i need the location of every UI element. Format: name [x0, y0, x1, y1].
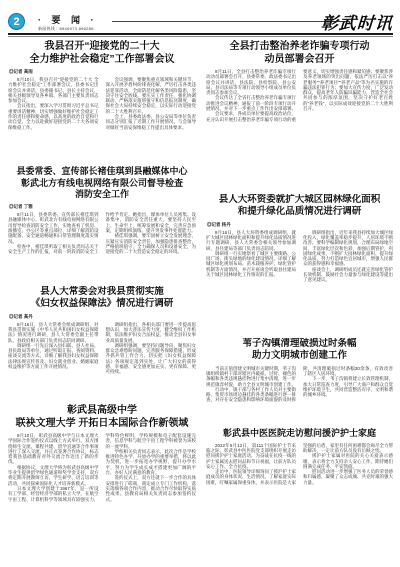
article-fire-safety-inspection: 县委常委、宣传部长褚佳琪到县融媒体中心 彰武北方有线电视网络有限公司督导检查 消…	[8, 166, 196, 284]
article-byline: ◎记者 高丹	[9, 314, 196, 320]
article-body: 8月10日，彰武县高级中学与日本文理大学国际合作签约仪式以线上方式举行，双方围绕…	[8, 433, 196, 555]
article-urban-greening-survey: 县人大环资委就扩大城区园林绿化面积 和提升绿化品质情况进行调研 ◎记者 杨丹 8…	[206, 194, 393, 336]
masthead-title: 彰武时讯	[320, 9, 394, 34]
article-body: 8月16日，县人大常委会组成调研组，对我县贯彻实施《中华人民共和国妇女权益保障法…	[8, 322, 196, 400]
article-body: 8月10日，我县召开“迎接党的二十大 全力维护社会稳定”工作部署会议，县委书记出…	[8, 77, 196, 166]
section-title: · 要 闻 ·	[38, 13, 98, 26]
article-party-congress-stability-meeting: 我县召开“迎接党的二十大 全力维护社会稳定”工作部署会议 ◎记者 高雨 8月10…	[8, 40, 196, 166]
article-high-school-japan-cooperation: 彰武县高级中学 联袂文理大学 开拓日本国际合作新领域 8月10日，彰武县高级中学…	[8, 404, 196, 558]
article-title: 县委常委、宣传部长褚佳琪到县融媒体中心 彰武北方有线电视网络有限公司督导检查 消…	[8, 166, 196, 201]
header-thin-rule	[112, 21, 350, 22]
newspaper-page: 2 · 要 闻 · 新闻热线：6946973 896286 彰武时讯 我县召开“…	[0, 0, 400, 567]
article-tcm-hospital-nurse-family-visit: 彰武县中医医院走访慰问援沪护士家庭 2022年5月12日，第111个国际护士节来…	[206, 428, 393, 556]
article-elderly-fraud-campaign-meeting: 全县打击整治养老诈骗专项行动 动员部署会召开 8月11日，全县打击整治养老诈骗专…	[206, 40, 393, 194]
article-byline: ◎记者 高雨	[9, 69, 196, 75]
article-womens-rights-law-survey: 县人大常委会对我县贯彻实施 《妇女权益保障法》情况进行调研 ◎记者 高丹 8月1…	[8, 286, 196, 402]
article-title: 县人大环资委就扩大城区园林绿化面积 和提升绿化品质情况进行调研	[206, 194, 393, 219]
article-body: 8月11日，县委常委、宣传部长褚佳琪到县融媒体中心、彰武北方有线电视网络有限公司…	[8, 212, 196, 280]
article-title: 彰武县高级中学 联袂文理大学 开拓日本国际合作新领域	[8, 404, 196, 430]
article-title: 全县打击整治养老诈骗专项行动 动员部署会召开	[206, 40, 393, 66]
article-title: 我县召开“迎接党的二十大 全力维护社会稳定”工作部署会议	[8, 40, 196, 66]
article-byline: ◎记者 杨丹	[207, 222, 393, 228]
article-title: 县人大常委会对我县贯彻实施 《妇女权益保障法》情况进行调研	[8, 286, 196, 311]
article-body: 8月11日，全县打击整治养老诈骗专项行动动员部署会召开，县委常委、政法委书记出席…	[206, 69, 393, 193]
header-divider-thin	[8, 36, 393, 37]
article-banner-cleanup-civilized-city: 苇子沟镇清理破损过时条幅 助力文明城市创建工作 当前正值创建文明城市关键时期，苇…	[206, 338, 393, 426]
article-body: 8月16日，县人大环资委组成调研组，就扩大城区园林绿化面积和提升绿化品质情况进行…	[206, 230, 393, 334]
article-title: 彰武县中医医院走访慰问援沪护士家庭	[206, 428, 393, 440]
page-number-badge: 2	[8, 13, 25, 30]
article-body: 2022年5月12日，第111个国际护士节来临之际，彰武县中医医院党支部组织开展…	[206, 443, 393, 543]
header-divider	[8, 33, 393, 35]
article-body: 当前正值创建文明城市关键时期，苇子沟镇组织镇村干部对辖区内破损、过时、褪色的条幅…	[206, 366, 393, 426]
article-byline: ◎记者 丁雅	[9, 204, 196, 210]
article-title: 苇子沟镇清理破损过时条幅 助力文明城市创建工作	[206, 338, 393, 363]
hotline-text: 新闻热线：6946973 896286	[38, 26, 94, 32]
